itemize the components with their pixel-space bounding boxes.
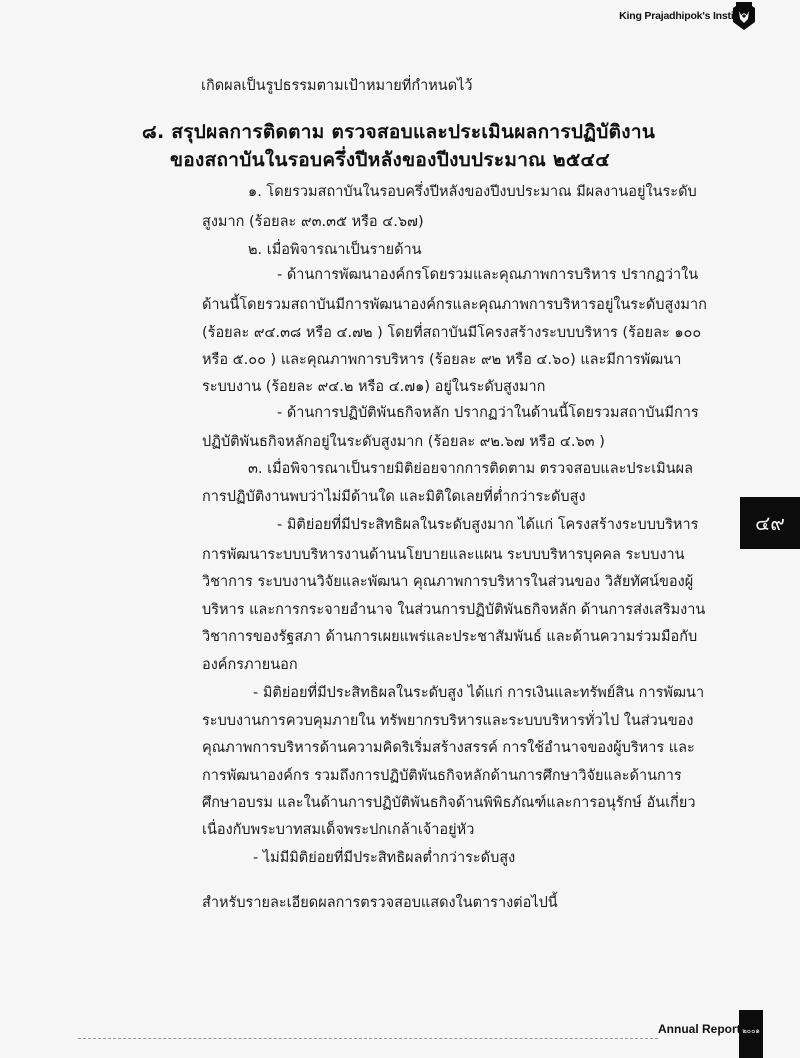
item-2: ๒. เมื่อพิจารณาเป็นรายด้าน bbox=[248, 240, 422, 260]
bullet-very-high: - มิติย่อยที่มีประสิทธิผลในระดับสูงมาก ไ… bbox=[277, 515, 698, 535]
bullet-mission: - ด้านการปฏิบัติพันธกิจหลัก ปรากฏว่าในด้… bbox=[277, 403, 699, 423]
body-line: วิชาการของรัฐสภา ด้านการเผยแพร่และประชาส… bbox=[202, 627, 697, 647]
body-line: ระบบงาน (ร้อยละ ๙๔.๒ หรือ ๔.๗๑) อยู่ในระ… bbox=[202, 377, 545, 397]
bullet-none-low: - ไม่มีมิติย่อยที่มีประสิทธิผลต่ำกว่าระด… bbox=[253, 848, 515, 868]
page-number-tab: ๔๙ bbox=[740, 497, 800, 549]
body-line: (ร้อยละ ๙๔.๓๘ หรือ ๔.๗๒ ) โดยที่สถาบันมี… bbox=[202, 323, 701, 343]
body-line: บริหาร และการกระจายอำนาจ ในส่วนการปฏิบัต… bbox=[202, 600, 705, 620]
body-line: ศึกษาอบรม และในด้านการปฏิบัติพันธกิจด้าน… bbox=[202, 793, 695, 813]
body-line: หรือ ๕.๐๐ ) และคุณภาพการบริหาร (ร้อยละ ๙… bbox=[202, 350, 681, 370]
institute-shield-icon bbox=[732, 2, 756, 31]
section-heading-line1: ๘. สรุปผลการติดตาม ตรวจสอบและประเมินผลกา… bbox=[142, 118, 655, 146]
section-number: ๘. bbox=[142, 121, 164, 143]
bullet-high: - มิติย่อยที่มีประสิทธิผลในระดับสูง ได้แ… bbox=[253, 683, 704, 703]
body-line: การพัฒนาระบบบริหารงานด้านนโยบายและแผน ระ… bbox=[202, 545, 685, 565]
item-1: ๑. โดยรวมสถาบันในรอบครึ่งปีหลังของปีงบปร… bbox=[248, 182, 697, 202]
footer-divider bbox=[78, 1038, 658, 1039]
section-title-1: สรุปผลการติดตาม ตรวจสอบและประเมินผลการปฏ… bbox=[171, 121, 655, 143]
body-line: ด้านนี้โดยรวมสถาบันมีการพัฒนาองค์กรและคุ… bbox=[202, 295, 707, 315]
bullet-org-dev: - ด้านการพัฒนาองค์กรโดยรวมและคุณภาพการบร… bbox=[277, 265, 698, 285]
body-line: การปฏิบัติงานพบว่าไม่มีด้านใด และมิติใดเ… bbox=[202, 487, 586, 507]
body-line: เนื่องกับพระบาทสมเด็จพระปกเกล้าเจ้าอยู่ห… bbox=[202, 820, 474, 840]
closing-line: สำหรับรายละเอียดผลการตรวจสอบแสดงในตารางต… bbox=[202, 893, 558, 913]
item-3: ๓. เมื่อพิจารณาเป็นรายมิติย่อยจากการติดต… bbox=[248, 459, 693, 479]
item-1-cont: สูงมาก (ร้อยละ ๙๓.๓๕ หรือ ๔.๖๗) bbox=[202, 212, 424, 232]
body-line: องค์กรภายนอก bbox=[202, 655, 298, 675]
body-line: ระบบงานการควบคุมภายใน ทรัพยากรบริหารและร… bbox=[202, 711, 693, 731]
footer-label: Annual Report bbox=[658, 1022, 741, 1036]
body-line: ปฏิบัติพันธกิจหลักอยู่ในระดับสูงมาก (ร้อ… bbox=[202, 432, 605, 452]
section-heading-line2: ของสถาบันในรอบครึ่งปีหลังของปีงบประมาณ ๒… bbox=[170, 146, 610, 174]
body-line: คุณภาพการบริหารด้านความคิดริเริ่มสร้างสร… bbox=[202, 738, 695, 758]
body-line: วิชาการ ระบบงานวิจัยและพัฒนา คุณภาพการบร… bbox=[202, 572, 693, 592]
body-line: การพัฒนาองค์กร รวมถึงการปฏิบัติพันธกิจหล… bbox=[202, 766, 682, 786]
footer-year-block: ๒๐๐๑ bbox=[739, 1010, 763, 1058]
intro-tail: เกิดผลเป็นรูปธรรมตามเป้าหมายที่กำหนดไว้ bbox=[201, 76, 473, 96]
